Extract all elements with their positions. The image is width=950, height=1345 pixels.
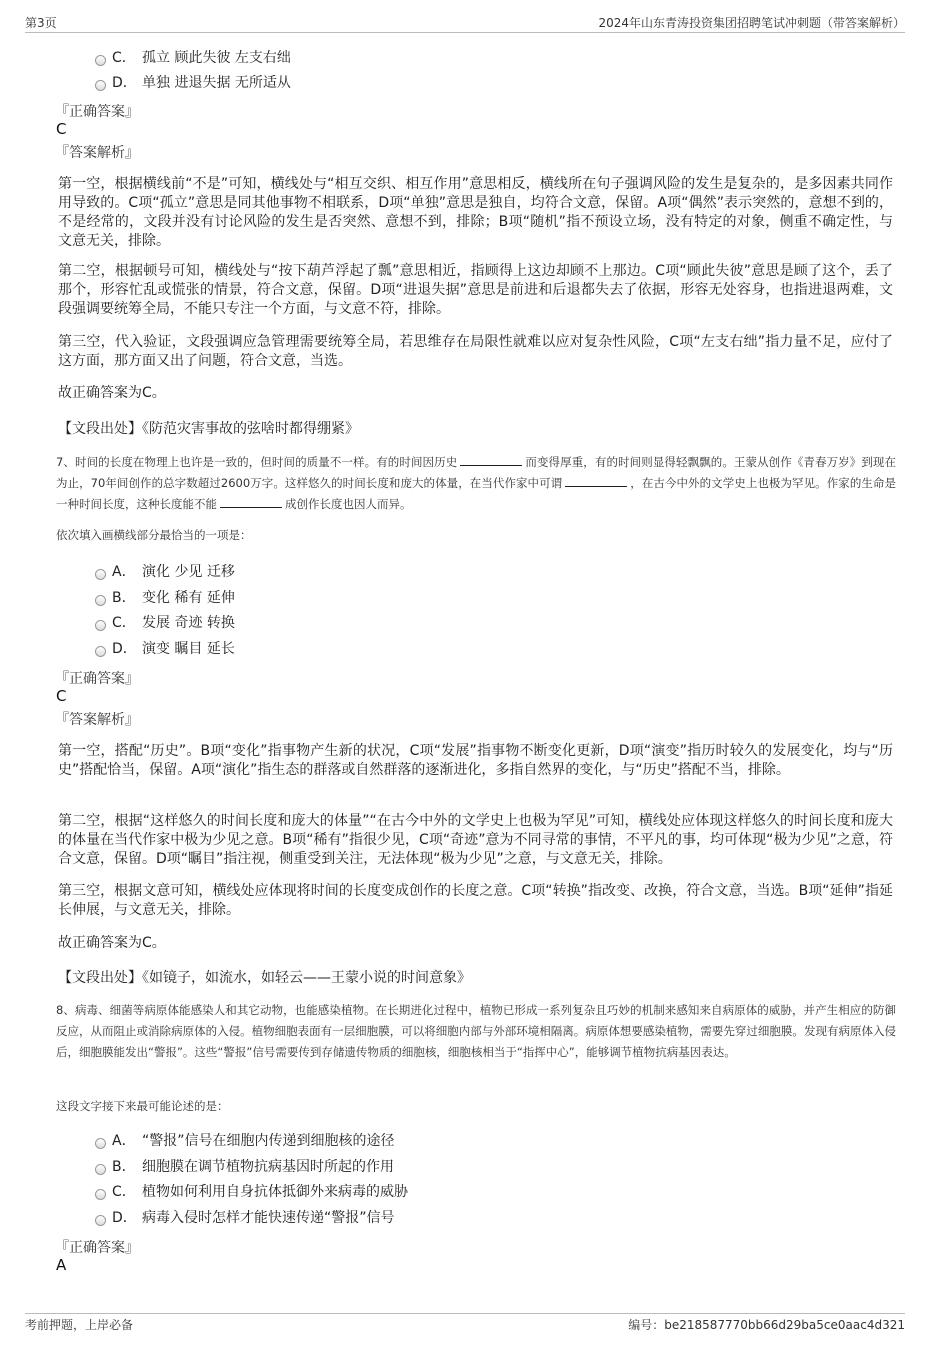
- q7-option-d[interactable]: D．演变 瞩目 延长: [95, 639, 235, 659]
- document-serial: 编号：be218587770bb66d29ba5ce0aac4d321: [628, 1316, 905, 1333]
- radio-icon[interactable]: [95, 1164, 106, 1175]
- source-citation: 【文段出处】《防范灾害事故的弦啥时都得绷紧》: [58, 418, 359, 438]
- correct-answer-value: C: [56, 120, 66, 138]
- correct-answer-label: 『正确答案』: [55, 1237, 139, 1257]
- q6-option-c[interactable]: C．孤立 顾此失彼 左支右绌: [95, 48, 291, 68]
- blank-line: [220, 495, 282, 508]
- radio-icon[interactable]: [95, 1189, 106, 1200]
- page-header: 第3页 2024年山东青涛投资集团招聘笔试冲刺题（带答案解析）: [25, 14, 905, 33]
- analysis-paragraph: 第二空，根据顿号可知，横线处与“按下葫芦浮起了瓢”意思相近，指顾得上这边却顾不上…: [58, 262, 893, 319]
- radio-icon[interactable]: [95, 55, 106, 66]
- analysis-paragraph: 第一空，根据横线前“不是”可知，横线处与“相互交织、相互作用”意思相反，横线所在…: [58, 175, 893, 251]
- analysis-paragraph: 第二空，根据“这样悠久的时间长度和庞大的体量”“在古今中外的文学史上也极为罕见”…: [58, 812, 893, 869]
- q8-option-c[interactable]: C．植物如何利用自身抗体抵御外来病毒的威胁: [95, 1182, 408, 1202]
- blank-line: [460, 453, 522, 466]
- blank-line: [565, 474, 627, 487]
- analysis-paragraph: 第三空，根据文意可知，横线处应体现将时间的长度变成创作的长度之意。C项“转换”指…: [58, 882, 893, 920]
- radio-icon[interactable]: [95, 1138, 106, 1149]
- analysis-conclusion: 故正确答案为C。: [58, 934, 893, 953]
- q7-option-c[interactable]: C．发展 奇迹 转换: [95, 613, 235, 633]
- analysis-paragraph: 第三空，代入验证，文段强调应急管理需要统筹全局，若思维存在局限性就难以应对复杂性…: [58, 333, 893, 371]
- q6-option-d[interactable]: D．单独 进退失据 无所适从: [95, 73, 291, 93]
- analysis-label: 『答案解析』: [55, 142, 139, 162]
- analysis-conclusion: 故正确答案为C。: [58, 384, 893, 403]
- page-number: 第3页: [25, 14, 57, 31]
- q7-option-b[interactable]: B．变化 稀有 延伸: [95, 588, 235, 608]
- q8-option-d[interactable]: D．病毒入侵时怎样才能快速传递“警报”信号: [95, 1208, 395, 1228]
- correct-answer-value: A: [56, 1256, 66, 1274]
- radio-icon[interactable]: [95, 80, 106, 91]
- question-stem: 8、病毒、细菌等病原体能感染人和其它动物，也能感染植物。在长期进化过程中，植物已…: [56, 1000, 896, 1063]
- analysis-paragraph: 第一空，搭配“历史”。B项“变化”指事物产生新的状况，C项“发展”指事物不断变化…: [58, 742, 893, 780]
- question-stem: 7、时间的长度在物理上也许是一致的，但时间的质量不一样。有的时间因历史而变得厚重…: [56, 452, 896, 515]
- correct-answer-label: 『正确答案』: [55, 101, 139, 121]
- correct-answer-label: 『正确答案』: [55, 668, 139, 688]
- radio-icon[interactable]: [95, 569, 106, 580]
- radio-icon[interactable]: [95, 646, 106, 657]
- radio-icon[interactable]: [95, 620, 106, 631]
- page-footer: 考前押题，上岸必备 编号：be218587770bb66d29ba5ce0aac…: [25, 1313, 905, 1316]
- question-prompt: 这段文字接下来最可能论述的是：: [56, 1098, 229, 1114]
- radio-icon[interactable]: [95, 1215, 106, 1226]
- q8-option-a[interactable]: A．“警报”信号在细胞内传递到细胞核的途径: [95, 1131, 395, 1151]
- q8-option-b[interactable]: B．细胞膜在调节植物抗病基因时所起的作用: [95, 1157, 394, 1177]
- document-title: 2024年山东青涛投资集团招聘笔试冲刺题（带答案解析）: [598, 14, 905, 31]
- footer-slogan: 考前押题，上岸必备: [25, 1316, 133, 1333]
- correct-answer-value: C: [56, 687, 66, 705]
- question-prompt: 依次填入画横线部分最恰当的一项是：: [56, 527, 252, 543]
- source-citation: 【文段出处】《如镜子，如流水，如轻云——王蒙小说的时间意象》: [58, 967, 471, 987]
- q7-option-a[interactable]: A．演化 少见 迁移: [95, 562, 235, 582]
- radio-icon[interactable]: [95, 595, 106, 606]
- analysis-label: 『答案解析』: [55, 709, 139, 729]
